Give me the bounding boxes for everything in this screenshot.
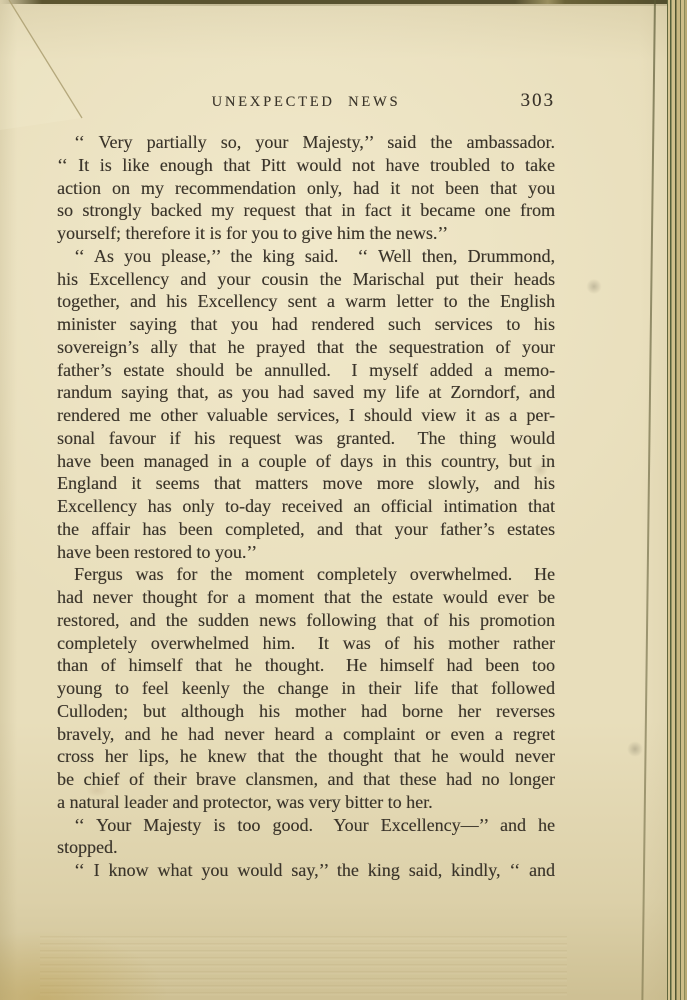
text-line: action on my recommendation only, had it… [57, 177, 555, 200]
text-line: Excellency has only to-day received an o… [57, 495, 555, 518]
text-line: had never thought for a moment that the … [57, 586, 555, 609]
text-line: randum saying that, as you had saved my … [57, 381, 555, 404]
text-line: stopped. [57, 836, 555, 859]
text-line: have been managed in a couple of days in… [57, 450, 555, 473]
text-line: sovereign’s ally that he prayed that the… [57, 336, 555, 359]
text-line: ‘‘ It is like enough that Pitt would not… [57, 154, 555, 177]
text-line: than of himself that he thought. He hims… [57, 654, 555, 677]
paragraph: Fergus was for the moment completely ove… [57, 563, 555, 813]
text-line: ‘‘ As you please,’’ the king said. ‘‘ We… [57, 245, 555, 268]
paragraph: ‘‘ Very partially so, your Majesty,’’ sa… [57, 131, 555, 245]
text-line: Fergus was for the moment completely ove… [57, 563, 555, 586]
text-line: his Excellency and your cousin the Maris… [57, 268, 555, 291]
paragraph: ‘‘ Your Majesty is too good. Your Excell… [57, 814, 555, 860]
text-line: restored, and the sudden news following … [57, 609, 555, 632]
text-line: ‘‘ Your Majesty is too good. Your Excell… [57, 814, 555, 837]
paragraph: ‘‘ I know what you would say,’’ the king… [57, 859, 555, 882]
text-line: cross her lips, he knew that the thought… [57, 745, 555, 768]
page-fore-edge-line [641, 0, 655, 1000]
text-line: the affair has been completed, and that … [57, 518, 555, 541]
text-line: bravely, and he had never heard a compla… [57, 723, 555, 746]
text-line: ‘‘ I know what you would say,’’ the king… [57, 859, 555, 882]
text-line: be chief of their brave clansmen, and th… [57, 768, 555, 791]
text-line: Culloden; but although his mother had bo… [57, 700, 555, 723]
page-text-block: ‘‘ Very partially so, your Majesty,’’ sa… [57, 131, 555, 882]
text-line: rendered me other valuable services, I s… [57, 404, 555, 427]
bottom-left-discoloration [0, 930, 170, 1000]
text-line: England it seems that matters move more … [57, 472, 555, 495]
text-line: completely overwhelmed him. It was of hi… [57, 632, 555, 655]
running-header: UNEXPECTED NEWS 303 [57, 90, 555, 114]
text-line: have been restored to you.’’ [57, 541, 555, 564]
page-number: 303 [521, 90, 556, 112]
text-line: father’s estate should be annulled. I my… [57, 359, 555, 382]
text-line: ‘‘ Very partially so, your Majesty,’’ sa… [57, 131, 555, 154]
text-line: yourself; therefore it is for you to giv… [57, 222, 555, 245]
page-top-edge-soft-shadow [20, 4, 687, 6]
chapter-running-head: UNEXPECTED NEWS [57, 94, 555, 111]
text-line: together, and his Excellency sent a warm… [57, 290, 555, 313]
text-line: minister saying that you had rendered su… [57, 313, 555, 336]
paper-stain [627, 741, 643, 757]
book-stacked-page-edges [667, 0, 687, 1000]
text-line: so strongly backed my request that in fa… [57, 199, 555, 222]
text-line: young to feel keenly the change in their… [57, 677, 555, 700]
paragraph: ‘‘ As you please,’’ the king said. ‘‘ We… [57, 245, 555, 564]
paper-stain [586, 279, 602, 294]
text-line: a natural leader and protector, was very… [57, 791, 555, 814]
book-page: UNEXPECTED NEWS 303 ‘‘ Very partially so… [0, 0, 687, 1000]
text-line: sonal favour if his request was granted.… [57, 427, 555, 450]
